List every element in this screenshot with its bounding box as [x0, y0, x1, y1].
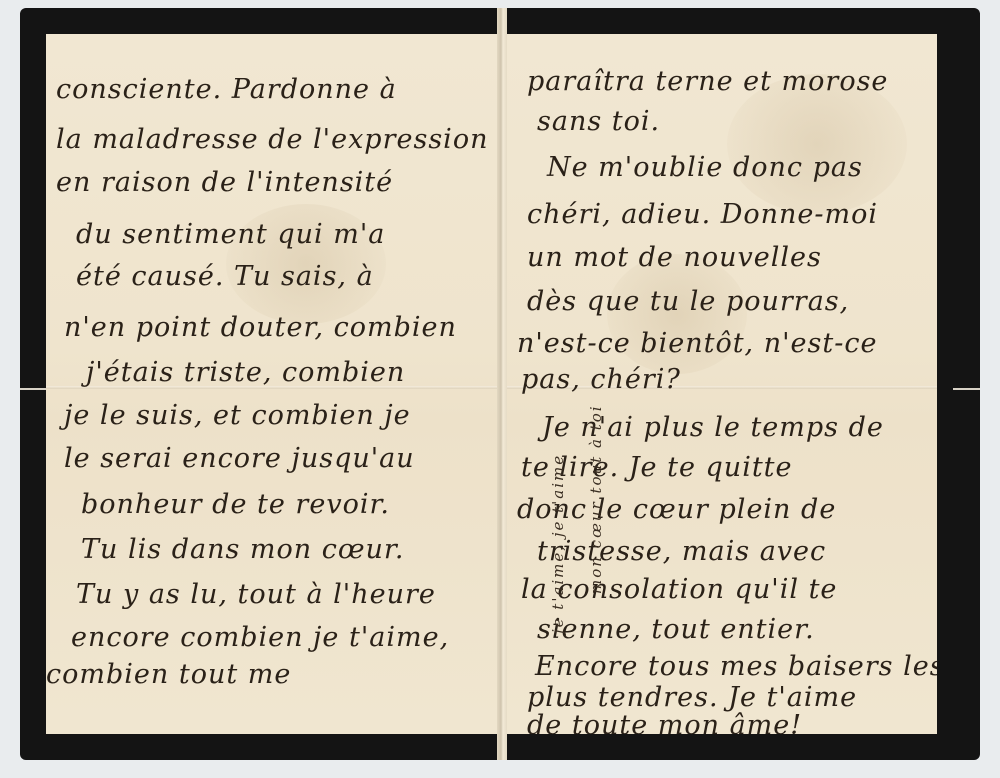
letter-line: sienne, tout entier. [537, 614, 815, 645]
letter-line: n'en point douter, combien [64, 312, 457, 343]
letter-line: combien tout me [46, 659, 291, 690]
letter-line: Encore tous mes baisers les [535, 651, 937, 682]
left-page: consciente. Pardonne à la maladresse de … [46, 34, 499, 734]
letter-line: encore combien je t'aime, [71, 622, 449, 653]
letter-scan: consciente. Pardonne à la maladresse de … [0, 0, 1000, 778]
border-crease-right [953, 388, 980, 390]
letter-line: je le suis, et combien je [64, 400, 411, 431]
letter-line: le serai encore jusqu'au [64, 443, 415, 474]
margin-vertical-text: mon cœur tout à toi [587, 404, 605, 594]
letter-line: Tu lis dans mon cœur. [81, 534, 404, 565]
letter-line: paraîtra terne et morose [527, 66, 888, 97]
letter-line: de toute mon âme! [527, 710, 802, 734]
letter-line: la consolation qu'il te [521, 574, 837, 605]
letter-line: n'est-ce bientôt, n'est-ce [517, 328, 877, 359]
letter-line: bonheur de te revoir. [81, 489, 390, 520]
letter-line: tristesse, mais avec [537, 536, 826, 567]
letter-line: chéri, adieu. Donne-moi [527, 199, 878, 230]
fold-crease-vertical [497, 8, 507, 760]
letter-line: consciente. Pardonne à [56, 74, 397, 105]
letter-line: plus tendres. Je t'aime [527, 682, 857, 713]
letter-line: pas, chéri? [521, 364, 681, 395]
margin-vertical-text: je t'aime, je t'aime [549, 454, 567, 634]
letter-line: la maladresse de l'expression [56, 124, 488, 155]
letter-line: sans toi. [537, 106, 660, 137]
letter-line: été causé. Tu sais, à [76, 261, 374, 292]
letter-line: en raison de l'intensité [56, 167, 393, 198]
letter-line: du sentiment qui m'a [76, 219, 385, 250]
border-crease-left [20, 388, 46, 390]
letter-line: Ne m'oublie donc pas [547, 152, 863, 183]
letter-line: dès que tu le pourras, [527, 286, 849, 317]
right-page: paraîtra terne et morose sans toi. Ne m'… [506, 34, 937, 734]
letter-line: un mot de nouvelles [527, 242, 822, 273]
letter-line: j'étais triste, combien [86, 357, 405, 388]
letter-line: Tu y as lu, tout à l'heure [76, 579, 436, 610]
